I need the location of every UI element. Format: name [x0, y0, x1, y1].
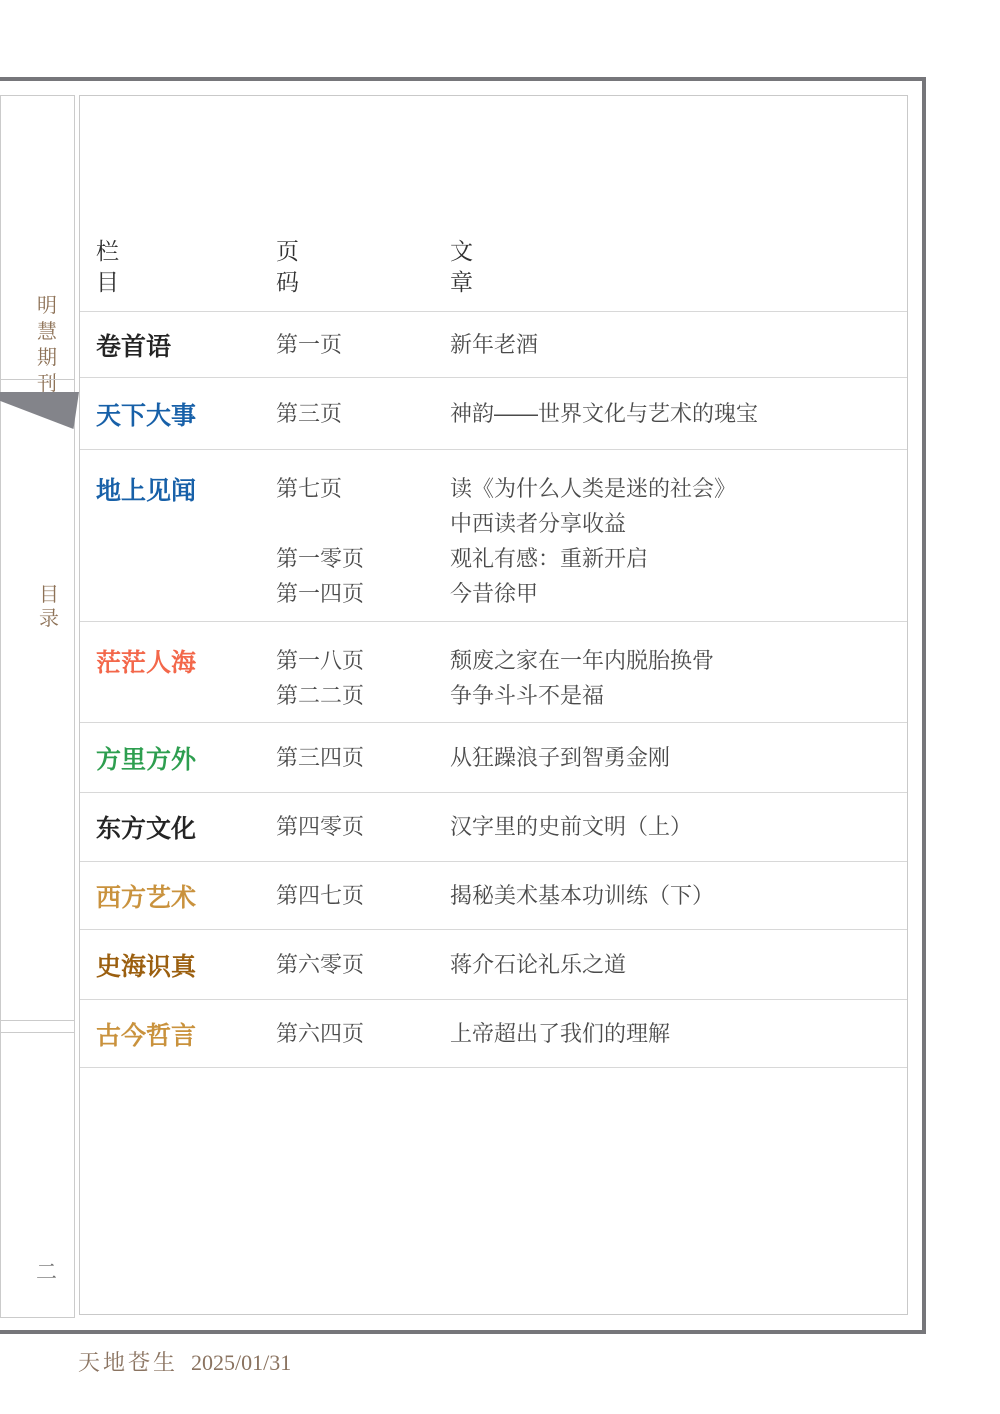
toc-table: 栏目 页码 文章 卷首语第一页新年老酒天下大事第三页神韵——世界文化与艺术的瑰宝… [79, 95, 908, 1315]
article-title: 汉字里的史前文明（上） [450, 814, 907, 840]
header-page-label: 页码 [276, 236, 300, 298]
section-title: 史海识真 [96, 953, 196, 981]
header-article-label: 文章 [450, 236, 474, 298]
toc-row: 茫茫人海第一八页第二二页颓废之家在一年内脱胎换骨争争斗斗不是福 [80, 622, 907, 723]
section-title: 地上见闻 [96, 477, 196, 505]
sidebar: 明慧期刊 目录 二 [0, 95, 75, 1318]
page-label: 第七页 [276, 471, 450, 506]
page-number: 二 [36, 1256, 57, 1286]
toc-row: 古今哲言第六四页上帝超出了我们的理解 [80, 1000, 907, 1068]
toc-row: 西方艺术第四七页揭秘美术基本功训练（下） [80, 862, 907, 930]
toc-row: 地上见闻第七页 第一零页第一四页读《为什么人类是迷的社会》中西读者分享收益观礼有… [80, 450, 907, 622]
sidebar-divider [1, 1032, 74, 1033]
article-title: 中西读者分享收益 [450, 506, 907, 541]
article-title: 观礼有感：重新开启 [450, 541, 907, 576]
footer-date: 2025/01/31 [191, 1350, 291, 1375]
toc-row: 方里方外第三四页从狂躁浪子到智勇金刚 [80, 723, 907, 793]
sidebar-divider [1, 379, 74, 380]
toc-row: 史海识真第六零页蒋介石论礼乐之道 [80, 930, 907, 1000]
toc-header-row: 栏目 页码 文章 [80, 96, 907, 312]
article-title: 争争斗斗不是福 [450, 678, 907, 713]
section-title: 西方艺术 [96, 884, 196, 912]
page-label: 第三页 [276, 401, 450, 427]
section-title: 东方文化 [96, 815, 196, 843]
magazine-toc-page: 明慧期刊 目录 二 栏目 页码 文章 卷首语第一页新年老酒天下大事第三页神韵——… [0, 0, 1000, 1414]
masthead-vertical-text: 明慧期刊 [35, 293, 59, 397]
article-title: 神韵——世界文化与艺术的瑰宝 [450, 401, 907, 427]
page-label: 第六四页 [276, 1021, 450, 1047]
section-title: 茫茫人海 [96, 649, 196, 677]
article-title: 上帝超出了我们的理解 [450, 1021, 907, 1047]
toc-row: 东方文化第四零页汉字里的史前文明（上） [80, 793, 907, 862]
page-label: 第六零页 [276, 952, 450, 978]
page-footer: 天地苍生2025/01/31 [78, 1346, 291, 1377]
header-page-cell: 页码 [276, 96, 450, 311]
header-column-cell: 栏目 [96, 96, 276, 311]
toc-label-vertical-text: 目录 [37, 583, 61, 631]
section-title: 天下大事 [96, 402, 196, 430]
page-label: 第三四页 [276, 745, 450, 771]
page-label: 第一四页 [276, 576, 450, 611]
section-title: 古今哲言 [96, 1022, 196, 1050]
page-label: 第二二页 [276, 678, 450, 713]
sidebar-divider [1, 1020, 74, 1021]
toc-row: 卷首语第一页新年老酒 [80, 312, 907, 378]
header-article-cell: 文章 [450, 96, 907, 311]
article-title: 从狂躁浪子到智勇金刚 [450, 745, 907, 771]
footer-magazine-name: 天地苍生 [78, 1350, 178, 1375]
page-label: 第一页 [276, 332, 450, 358]
header-column-label: 栏目 [96, 236, 120, 298]
section-title: 方里方外 [96, 746, 196, 774]
article-title: 颓废之家在一年内脱胎换骨 [450, 643, 907, 678]
page-label [276, 506, 450, 541]
article-title: 今昔徐甲 [450, 576, 907, 611]
article-title: 新年老酒 [450, 332, 907, 358]
page-label: 第四零页 [276, 814, 450, 840]
article-title: 揭秘美术基本功训练（下） [450, 883, 907, 909]
article-title: 蒋介石论礼乐之道 [450, 952, 907, 978]
page-label: 第一八页 [276, 643, 450, 678]
toc-empty-area [80, 1068, 907, 1314]
page-label: 第四七页 [276, 883, 450, 909]
toc-row: 天下大事第三页神韵——世界文化与艺术的瑰宝 [80, 378, 907, 450]
article-title: 读《为什么人类是迷的社会》 [450, 471, 907, 506]
section-title: 卷首语 [96, 333, 171, 361]
page-label: 第一零页 [276, 541, 450, 576]
